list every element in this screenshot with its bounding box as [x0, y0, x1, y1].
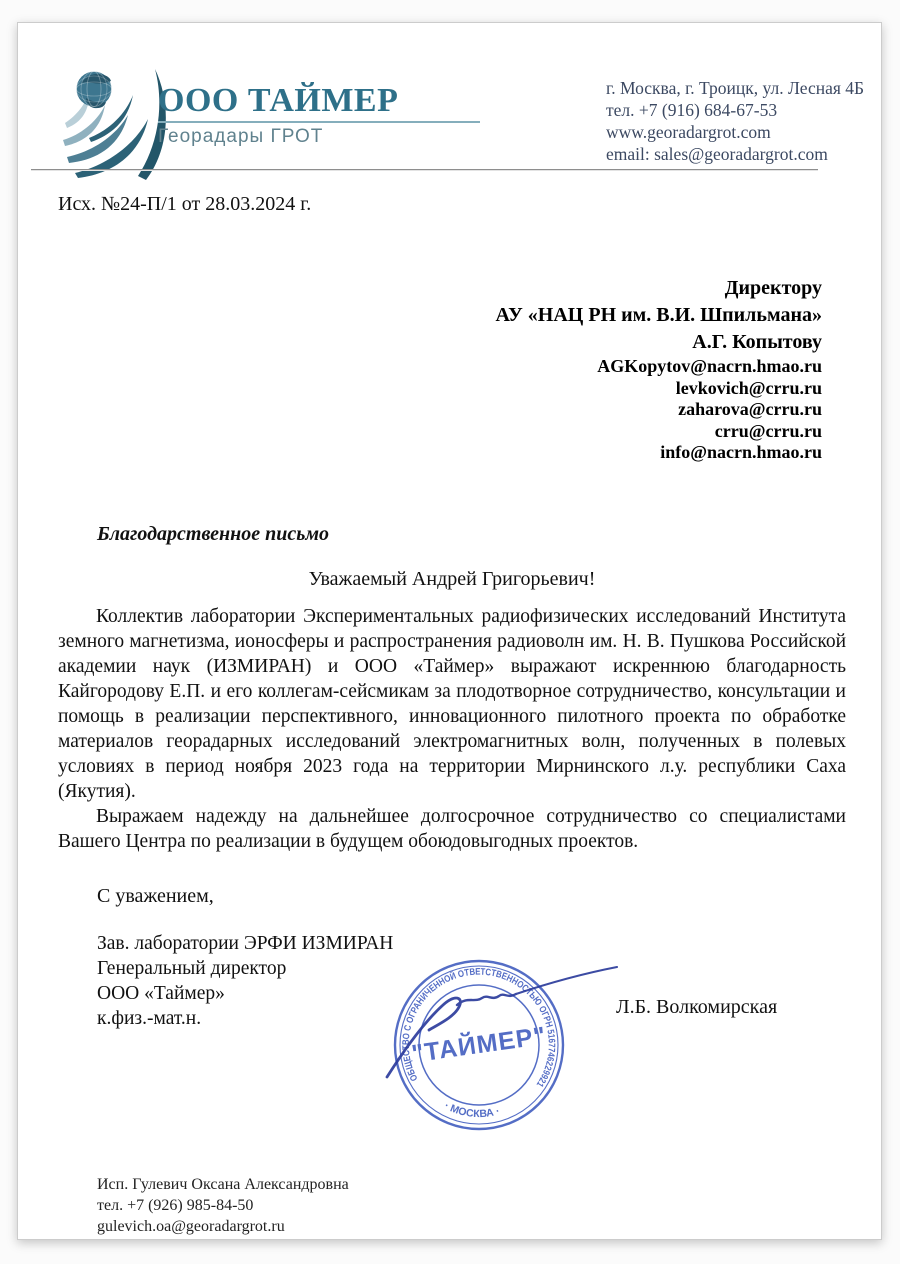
closing-line: С уважением,: [97, 885, 214, 908]
subject-line: Благодарственное письмо: [97, 523, 329, 546]
executor-phone: тел. +7 (926) 985-84-50: [97, 1195, 349, 1216]
contact-phone: тел. +7 (916) 684-67-53: [606, 99, 864, 121]
globe-icon: [77, 72, 112, 109]
recipient-organization: АУ «НАЦ РН им. В.И. Шпильмана»: [495, 302, 822, 329]
signature-title: ООО «Таймер»: [97, 981, 393, 1006]
body-paragraph: Коллектив лаборатории Экспериментальных …: [58, 604, 846, 804]
executor-email: gulevich.oa@georadargrot.ru: [97, 1216, 349, 1237]
contact-address: г. Москва, г. Троицк, ул. Лесная 4Б: [606, 77, 864, 99]
salutation: Уважаемый Андрей Григорьевич!: [58, 568, 846, 591]
signature-title: к.физ.-мат.н.: [97, 1006, 393, 1031]
recipient-block: Директору АУ «НАЦ РН им. В.И. Шпильмана»…: [495, 275, 822, 464]
company-stamp-seal: ОБЩЕСТВО С ОГРАНИЧЕННОЙ ОТВЕТСТВЕННОСТЬЮ…: [371, 941, 621, 1156]
letter-page: ООО ТАЙМЕР Георадары ГРОТ г. Москва, г. …: [17, 22, 882, 1240]
recipient-email: zaharova@crru.ru: [495, 399, 822, 421]
executor-footer: Исп. Гулевич Оксана Александровна тел. +…: [97, 1174, 349, 1237]
header-divider: [31, 169, 818, 171]
contact-website: www.georadargrot.com: [606, 121, 864, 143]
signer-name: Л.Б. Волкомирская: [616, 996, 777, 1019]
brand-underline: [158, 121, 480, 123]
company-tagline: Георадары ГРОТ: [158, 126, 480, 148]
brand-block: ООО ТАЙМЕР Георадары ГРОТ: [158, 83, 480, 148]
stamp-center-text: "ТАЙМЕР": [410, 1020, 548, 1069]
stamp-rings: ОБЩЕСТВО С ОГРАНИЧЕННОЙ ОТВЕТСТВЕННОСТЬЮ…: [393, 959, 564, 1129]
contact-block: г. Москва, г. Троицк, ул. Лесная 4Б тел.…: [606, 77, 864, 165]
contact-email: email: sales@georadargrot.com: [606, 143, 864, 165]
recipient-title: Директору: [495, 275, 822, 302]
recipient-email: levkovich@crru.ru: [495, 378, 822, 400]
signature-title-block: Зав. лаборатории ЭРФИ ИЗМИРАН Генеральны…: [97, 931, 393, 1031]
company-name: ООО ТАЙМЕР: [158, 83, 480, 119]
letter-body: Коллектив лаборатории Экспериментальных …: [58, 604, 846, 854]
body-paragraph: Выражаем надежду на дальнейшее долгосроч…: [58, 804, 846, 854]
signature-title: Зав. лаборатории ЭРФИ ИЗМИРАН: [97, 931, 393, 956]
reference-line: Исх. №24-П/1 от 28.03.2024 г.: [58, 193, 311, 216]
recipient-email: crru@crru.ru: [495, 421, 822, 443]
recipient-person: А.Г. Копытову: [495, 329, 822, 356]
recipient-email: AGKopytov@nacrn.hmao.ru: [495, 356, 822, 378]
executor-name: Исп. Гулевич Оксана Александровна: [97, 1174, 349, 1195]
recipient-email: info@nacrn.hmao.ru: [495, 442, 822, 464]
signature-title: Генеральный директор: [97, 956, 393, 981]
